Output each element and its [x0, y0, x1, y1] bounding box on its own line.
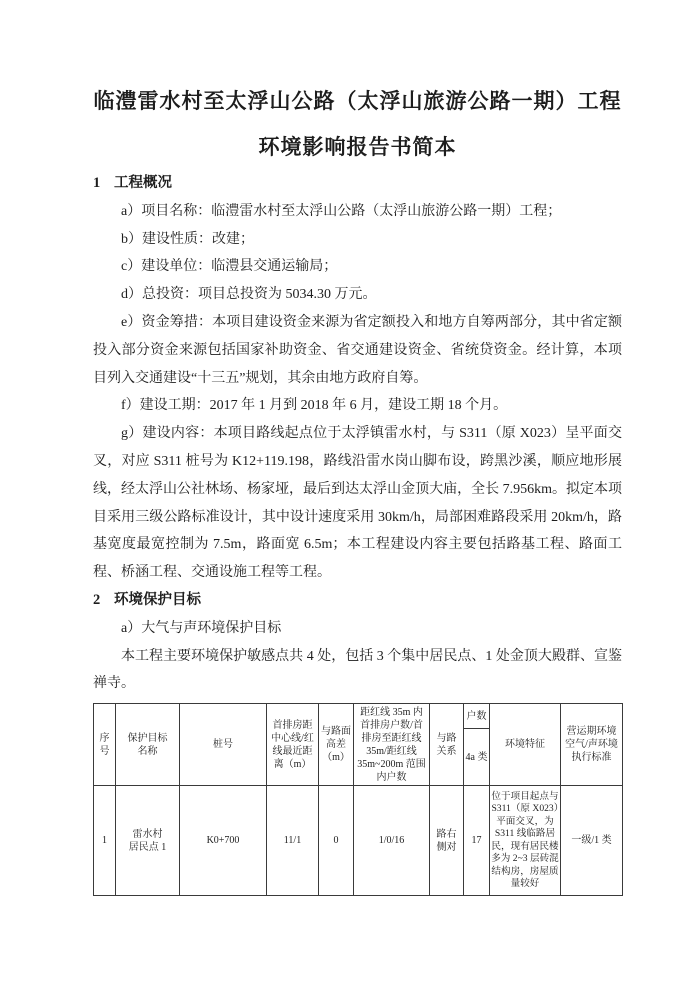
section-1-title: 工程概况 [114, 175, 172, 191]
cell-no: 1 [94, 786, 116, 896]
paragraph-construction-unit: c）建设单位：临澧县交通运输局； [93, 253, 622, 281]
cell-height-diff: 0 [319, 786, 354, 896]
cell-standard: 一级/1 类 [561, 786, 623, 896]
section-2-title: 环境保护目标 [114, 592, 201, 608]
document-page: 临澧雷水村至太浮山公路（太浮山旅游公路一期）工程 环境影响报告书简本 1工程概况… [0, 0, 700, 989]
title-line-2: 环境影响报告书简本 [93, 124, 622, 170]
col-header-standard: 营运期环境空气/声环境执行标准 [561, 704, 623, 786]
paragraph-project-name: a）项目名称：临澧雷水村至太浮山公路（太浮山旅游公路一期）工程； [93, 198, 622, 226]
col-header-households-4a: 4a 类 [464, 729, 490, 786]
paragraph-construction-content: g）建设内容：本项目路线起点位于太浮镇雷水村，与 S311（原 X023）呈平面… [93, 420, 622, 587]
paragraph-construction-period: f）建设工期：2017 年 1 月到 2018 年 6 月，建设工期 18 个月… [93, 392, 622, 420]
paragraph-funding: e）资金筹措：本项目建设资金来源为省定额投入和地方自筹两部分，其中省定额投入部分… [93, 309, 622, 392]
section-1-number: 1 [93, 170, 114, 198]
col-header-first-row-distance: 首排房距中心线/红线最近距离（m） [267, 704, 319, 786]
page-title: 临澧雷水村至太浮山公路（太浮山旅游公路一期）工程 环境影响报告书简本 [93, 78, 622, 170]
col-header-env-feature: 环境特征 [490, 704, 561, 786]
cell-stake: K0+700 [180, 786, 267, 896]
cell-name: 雷水村 居民点 1 [116, 786, 180, 896]
title-line-1: 临澧雷水村至太浮山公路（太浮山旅游公路一期）工程 [93, 78, 622, 124]
table-header-row: 序号 保护目标 名称 桩号 首排房距中心线/红线最近距离（m） 与路面高差（m）… [94, 704, 623, 729]
paragraph-sensitive-points-intro: 本工程主要环境保护敏感点共 4 处，包括 3 个集中居民点、1 处金顶大殿群、宣… [93, 643, 622, 699]
cell-households-4a: 17 [464, 786, 490, 896]
cell-env-feature: 位于项目起点与 S311（原 X023）平面交叉，为 S311 线临路居民，现有… [490, 786, 561, 896]
paragraph-air-noise-subheading: a）大气与声环境保护目标 [93, 615, 622, 643]
cell-first-row-distance: 11/1 [267, 786, 319, 896]
col-header-households-detail: 距红线 35m 内首排房户数/首排房至距红线 35m/距红线 35m~200m … [354, 704, 430, 786]
section-2-heading: 2环境保护目标 [93, 587, 622, 615]
section-2-number: 2 [93, 587, 114, 615]
col-header-households: 户数 [464, 704, 490, 729]
cell-households-detail: 1/0/16 [354, 786, 430, 896]
col-header-road-relation: 与路 关系 [430, 704, 464, 786]
col-header-no: 序号 [94, 704, 116, 786]
table-row: 1 雷水村 居民点 1 K0+700 11/1 0 1/0/16 路右 侧对 1… [94, 786, 623, 896]
col-header-stake: 桩号 [180, 704, 267, 786]
document-content: 临澧雷水村至太浮山公路（太浮山旅游公路一期）工程 环境影响报告书简本 1工程概况… [93, 0, 622, 896]
col-header-height-diff: 与路面高差（m） [319, 704, 354, 786]
col-header-name: 保护目标 名称 [116, 704, 180, 786]
paragraph-construction-nature: b）建设性质：改建； [93, 226, 622, 254]
section-1-heading: 1工程概况 [93, 170, 622, 198]
paragraph-total-investment: d）总投资：项目总投资为 5034.30 万元。 [93, 281, 622, 309]
protection-targets-table: 序号 保护目标 名称 桩号 首排房距中心线/红线最近距离（m） 与路面高差（m）… [93, 703, 623, 896]
cell-road-relation: 路右 侧对 [430, 786, 464, 896]
